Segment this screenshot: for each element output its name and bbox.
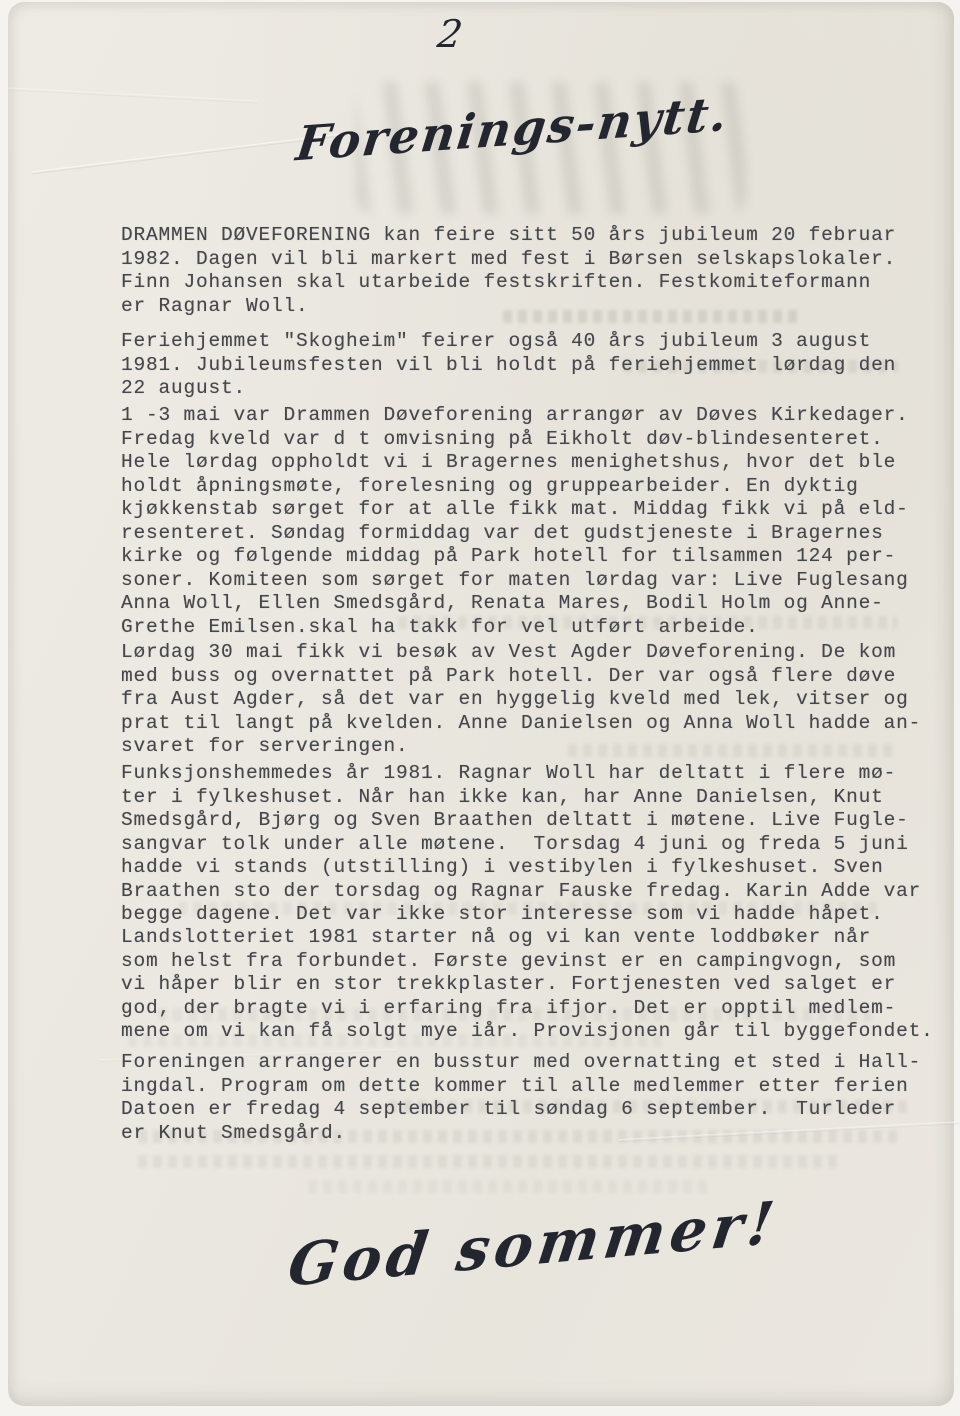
bleedthrough-text-row [138,1155,838,1168]
scanned-newsletter-page: 2 Forenings-nytt. DRAMMEN DØVEFORENING k… [0,0,960,1416]
paper-sheet: 2 Forenings-nytt. DRAMMEN DØVEFORENING k… [8,2,954,1406]
body-paragraph-vest-agder: Lørdag 30 mai fikk vi besøk av Vest Agde… [121,641,943,759]
body-paragraph-skogheim: Feriehjemmet "Skogheim" feirer også 40 å… [121,330,943,401]
closing-greeting-handwritten: God sommer! [284,1188,783,1300]
bleedthrough-text-row [308,1180,708,1193]
body-paragraph-funksjonshemmedes-aar: Funksjonshemmedes år 1981. Ragnar Woll h… [121,762,943,927]
paper-crease [8,87,258,103]
body-paragraph-landslotteriet: Landslotteriet 1981 starter nå og vi kan… [121,926,943,1044]
page-number: 2 [435,12,465,56]
body-paragraph-jubileum: DRAMMEN DØVEFORENING kan feire sitt 50 å… [121,224,943,318]
body-paragraph-kirkedager: 1 -3 mai var Drammen Døveforening arrang… [121,404,943,639]
body-paragraph-busstur: Foreningen arrangerer en busstur med ove… [121,1051,943,1145]
